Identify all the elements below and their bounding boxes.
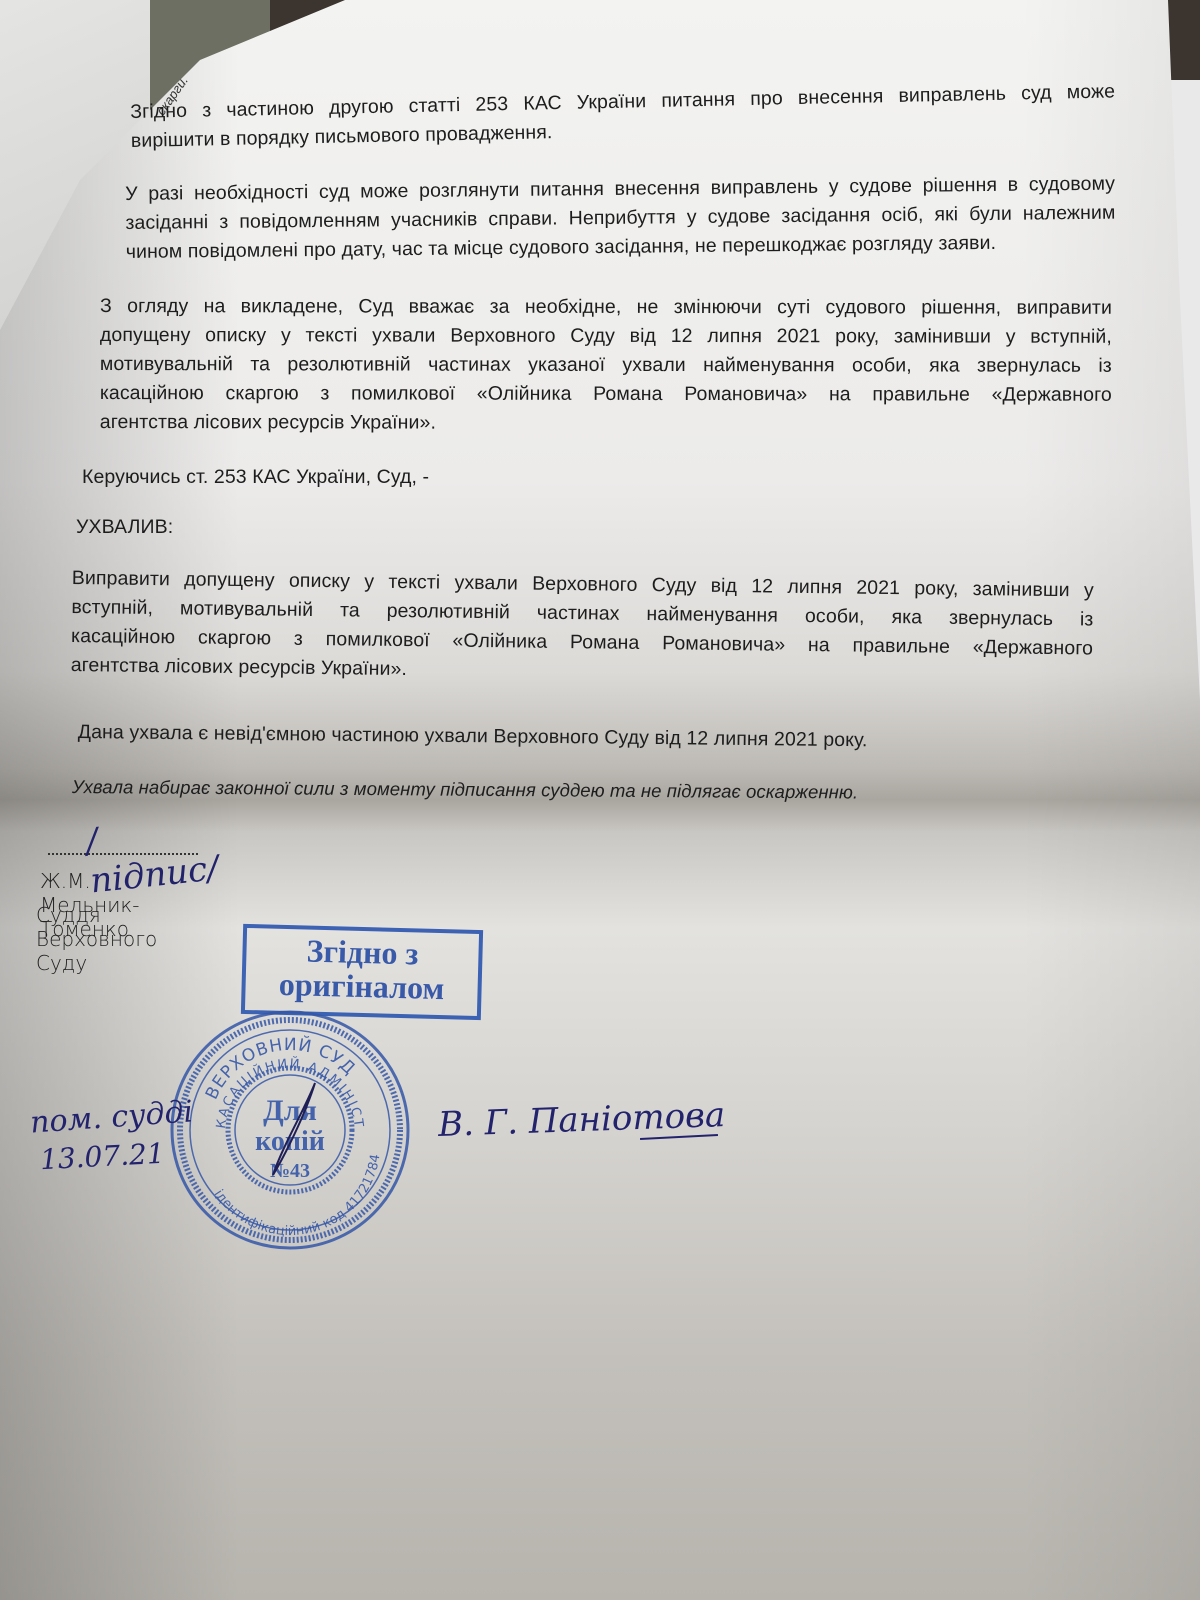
text-line: З огляду на викладене, Суд вважає за нео… — [100, 292, 1112, 323]
paragraph-effect: Ухвала набирає законної сили з моменту п… — [72, 772, 859, 806]
paragraph-ruling: Виправити допущену описку у тексті ухвал… — [71, 564, 1094, 692]
text-line: касаційною скаргою з помилкової «Олійник… — [100, 379, 1112, 410]
text-line: допущену описку у тексті ухвали Верховно… — [100, 321, 1112, 352]
handwritten-note-date: 13.07.21 — [39, 1137, 165, 1176]
text-line: агентства лісових ресурсів України». — [100, 408, 1112, 439]
paragraph-reasoning: З огляду на викладене, Суд вважає за нео… — [100, 292, 1112, 439]
stamp-line: оригіналом — [245, 966, 478, 1006]
ruling-heading: УХВАЛИВ: — [76, 513, 173, 542]
judge-title: Суддя Верховного Суду — [36, 903, 157, 975]
text-line: мотивувальній та резолютивній частинах у… — [100, 350, 1112, 381]
paragraph-hearing: У разі необхідності суд може розглянути … — [125, 170, 1116, 267]
court-seal: ВЕРХОВНИЙ СУД КАСАЦІЙНИЙ АДМІНІСТРАТИВНИ… — [165, 1005, 415, 1255]
paragraph-legal-basis: Керуючись ст. 253 КАС України, Суд, - — [82, 463, 429, 492]
